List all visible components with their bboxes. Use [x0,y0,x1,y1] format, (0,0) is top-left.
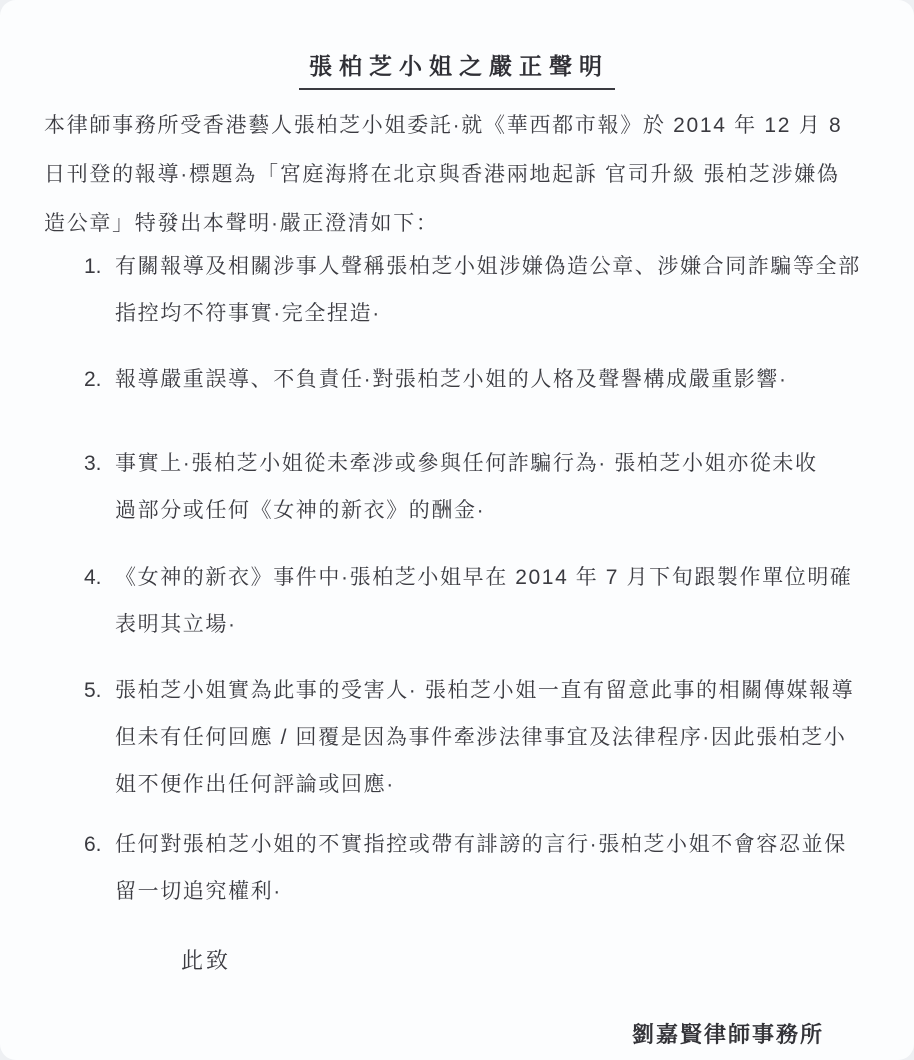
statement-item-2: 2. 報導嚴重誤導、不負責任·對張柏芝小姐的人格及聲譽構成嚴重影響· [84,356,880,403]
item-number: 2. [84,356,115,403]
item-line: 指控均不符事實·完全捏造· [115,290,880,337]
intro-paragraph: 本律師事務所受香港藝人張柏芝小姐委託·就《華西都市報》於 2014 年 12 月… [44,101,884,248]
item-number: 6. [84,821,115,915]
item-number: 3. [84,440,115,534]
statement-item-6: 6. 任何對張柏芝小姐的不實指控或帶有誹謗的言行·張柏芝小姐不會容忍並保 留一切… [84,821,880,915]
item-line: 張柏芝小姐實為此事的受害人· 張柏芝小姐一直有留意此事的相關傳媒報導 [115,667,880,714]
statement-item-4: 4. 《女神的新衣》事件中·張柏芝小姐早在 2014 年 7 月下旬跟製作單位明… [84,554,880,648]
law-firm-signature: 劉嘉賢律師事務所 [632,1018,824,1049]
item-line: 有關報導及相關涉事人聲稱張柏芝小姐涉嫌偽造公章、涉嫌合同詐騙等全部 [115,243,880,290]
item-line: 但未有任何回應 / 回覆是因為事件牽涉法律事宜及法律程序·因此張柏芝小 [115,714,880,761]
intro-line: 本律師事務所受香港藝人張柏芝小姐委託·就《華西都市報》於 2014 年 12 月… [44,101,884,150]
statement-title: 張柏芝小姐之嚴正聲明 [299,48,615,90]
item-line: 過部分或任何《女神的新衣》的酬金· [115,487,880,534]
intro-line: 日刊登的報導·標題為「宮庭海將在北京與香港兩地起訴 官司升級 張柏芝涉嫌偽 [44,150,884,199]
statement-item-5: 5. 張柏芝小姐實為此事的受害人· 張柏芝小姐一直有留意此事的相關傳媒報導 但未… [84,667,880,808]
item-number: 1. [84,243,115,337]
item-number: 5. [84,667,115,808]
item-line: 留一切追究權利· [115,868,880,915]
item-line: 表明其立場· [115,601,880,648]
item-line: 事實上·張柏芝小姐從未牽涉或參與任何詐騙行為· 張柏芝小姐亦從未收 [115,440,880,487]
statement-item-3: 3. 事實上·張柏芝小姐從未牽涉或參與任何詐騙行為· 張柏芝小姐亦從未收 過部分… [84,440,880,534]
closing-salutation: 此致 [181,944,231,975]
item-line: 《女神的新衣》事件中·張柏芝小姐早在 2014 年 7 月下旬跟製作單位明確 [115,554,880,601]
item-number: 4. [84,554,115,648]
item-line: 任何對張柏芝小姐的不實指控或帶有誹謗的言行·張柏芝小姐不會容忍並保 [115,821,880,868]
intro-line: 造公章」特發出本聲明·嚴正澄清如下： [44,199,884,248]
statement-item-1: 1. 有關報導及相關涉事人聲稱張柏芝小姐涉嫌偽造公章、涉嫌合同詐騙等全部 指控均… [84,243,880,337]
statement-title-row: 張柏芝小姐之嚴正聲明 [0,48,914,90]
statement-document-page: 張柏芝小姐之嚴正聲明 本律師事務所受香港藝人張柏芝小姐委託·就《華西都市報》於 … [0,0,914,1060]
item-line: 姐不便作出任何評論或回應· [115,761,880,808]
item-line: 報導嚴重誤導、不負責任·對張柏芝小姐的人格及聲譽構成嚴重影響· [115,356,880,403]
